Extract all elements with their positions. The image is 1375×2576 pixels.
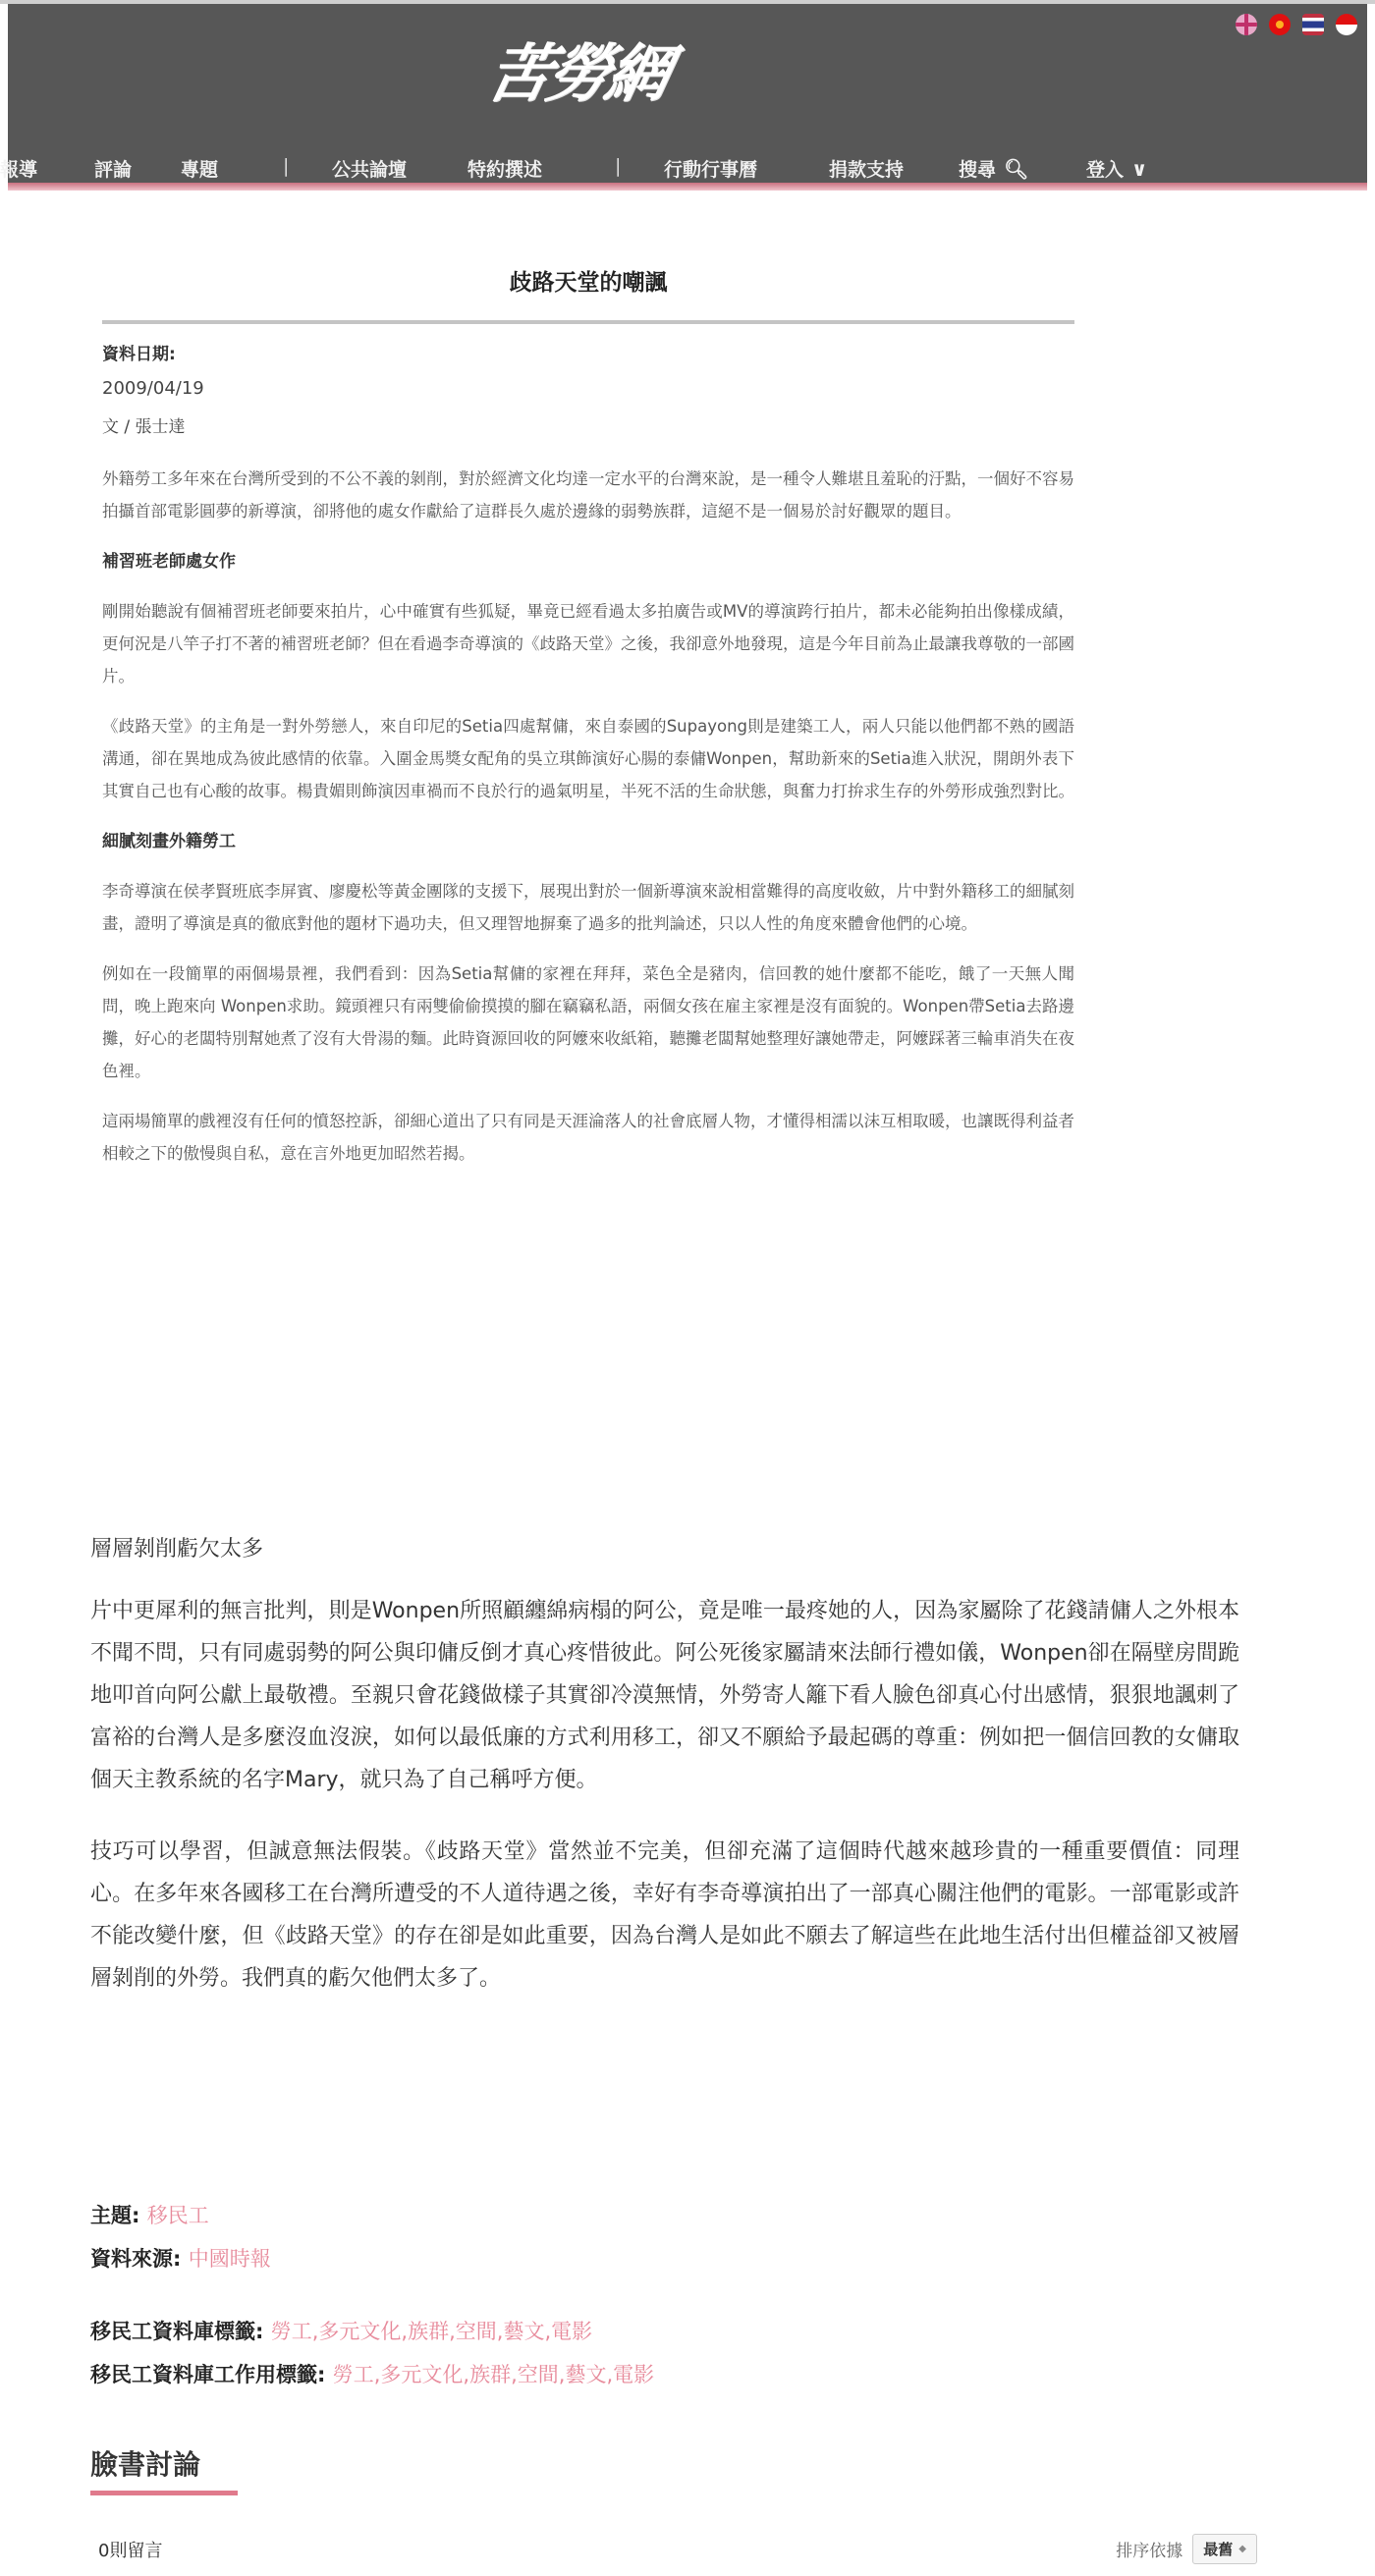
comment-count: 0則留言 — [98, 2537, 162, 2562]
article-paragraph: 外籍勞工多年來在台灣所受到的不公不義的剝削，對於經濟文化均達一定水平的台灣來說，… — [102, 463, 1074, 527]
nav-item-events-calendar[interactable]: 行動行事曆 — [664, 155, 757, 182]
article-paragraph: 剛開始聽說有個補習班老師要來拍片，心中確實有些狐疑，畢竟已經看過太多拍廣告或MV… — [102, 595, 1074, 692]
header-accent-bar — [8, 183, 1367, 191]
comments-toolbar: 0則留言 排序依據 最舊 ◆ — [98, 2534, 1257, 2564]
facebook-discussion: 臉書討論 — [90, 2443, 1239, 2495]
nav-item-topics[interactable]: 專題 — [181, 155, 218, 182]
work-tags-label: 移民工資料庫工作用標籤: — [90, 2363, 325, 2386]
article-paragraph: 例如在一段簡單的兩個場景裡，我們看到：因為Setia幫傭的家裡在拜拜，菜色全是豬… — [102, 958, 1074, 1087]
chevron-down-icon: ∨ — [1131, 157, 1147, 181]
language-switcher — [1236, 14, 1357, 35]
article-date: 2009/04/19 — [102, 378, 1074, 399]
work-tags-row: 移民工資料庫工作用標籤: 勞工,多元文化,族群,空間,藝文,電影 — [90, 2359, 1239, 2388]
site-logo[interactable]: 苦勞網 — [478, 24, 715, 122]
title-divider — [102, 320, 1074, 324]
tag-link[interactable]: 電影 — [613, 2363, 654, 2386]
site-header: 苦勞網 報導 評論 專題 | 公共論壇 特約撰述 | 行動行事曆 捐款支持 搜尋… — [8, 4, 1367, 191]
nav-item-reports[interactable]: 報導 — [0, 155, 37, 182]
sort-control: 排序依據 最舊 ◆ — [1116, 2534, 1257, 2564]
tag-link[interactable]: 藝文 — [503, 2320, 544, 2343]
article-paragraph: 李奇導演在侯孝賢班底李屏賓、廖慶松等黃金團隊的支援下，展現出對於一個新導演來說相… — [102, 875, 1074, 940]
article: 歧路天堂的嘲諷 資料日期: 2009/04/19 文 / 張士達 外籍勞工多年來… — [102, 265, 1074, 1170]
article-paragraph: 技巧可以學習，但誠意無法假裝。《歧路天堂》當然並不完美，但卻充滿了這個時代越來越… — [90, 1831, 1239, 2000]
nav-item-commentary[interactable]: 評論 — [94, 155, 132, 182]
title-underline — [90, 2491, 238, 2495]
topic-row: 主題: 移民工 — [90, 2200, 1239, 2229]
nav-item-donate[interactable]: 捐款支持 — [829, 155, 904, 182]
topic-link[interactable]: 移民工 — [147, 2204, 209, 2227]
tag-link[interactable]: 多元文化 — [318, 2320, 401, 2343]
db-tags-row: 移民工資料庫標籤: 勞工,多元文化,族群,空間,藝文,電影 — [90, 2316, 1239, 2345]
tag-link[interactable]: 多元文化 — [380, 2363, 463, 2386]
topic-label: 主題: — [90, 2204, 139, 2227]
sort-value: 最舊 — [1203, 2539, 1233, 2559]
tag-link[interactable]: 空間 — [456, 2320, 497, 2343]
section-heading: 補習班老師處女作 — [102, 547, 1074, 572]
tag-link[interactable]: 藝文 — [565, 2363, 606, 2386]
article-continued: 層層剝削虧欠太多 片中更犀利的無言批判，則是Wonpen所照顧纏綿病榻的阿公，竟… — [90, 1532, 1239, 2000]
tag-link[interactable]: 勞工 — [271, 2320, 312, 2343]
tag-link[interactable]: 勞工 — [333, 2363, 374, 2386]
indonesia-flag-icon[interactable] — [1336, 14, 1357, 35]
login-label: 登入 — [1086, 159, 1124, 181]
nav-item-contributors[interactable]: 特約撰述 — [467, 155, 542, 182]
sort-label: 排序依據 — [1116, 2537, 1182, 2561]
article-author: 文 / 張士達 — [102, 412, 1074, 437]
section-heading: 細膩刻畫外籍勞工 — [102, 827, 1074, 851]
nav-separator: | — [615, 155, 621, 177]
db-tags-label: 移民工資料庫標籤: — [90, 2320, 263, 2343]
tag-link[interactable]: 族群 — [469, 2363, 511, 2386]
sort-dropdown[interactable]: 最舊 ◆ — [1192, 2534, 1257, 2564]
facebook-discussion-title: 臉書討論 — [90, 2443, 1239, 2483]
dropdown-caret-icon: ◆ — [1238, 2544, 1246, 2554]
source-label: 資料來源: — [90, 2247, 181, 2271]
article-paragraph: 片中更犀利的無言批判，則是Wonpen所照顧纏綿病榻的阿公，竟是唯一最疼她的人，… — [90, 1590, 1239, 1801]
tag-link[interactable]: 族群 — [408, 2320, 449, 2343]
tag-link[interactable]: 電影 — [551, 2320, 592, 2343]
nav-item-public-forum[interactable]: 公共論壇 — [332, 155, 407, 182]
search-label: 搜尋 — [959, 159, 996, 181]
source-link[interactable]: 中國時報 — [189, 2247, 271, 2271]
article-title: 歧路天堂的嘲諷 — [102, 265, 1074, 301]
search-icon: 🔍︎ — [1004, 157, 1028, 181]
section-heading: 層層剝削虧欠太多 — [90, 1532, 1239, 1562]
source-row: 資料來源: 中國時報 — [90, 2243, 1239, 2273]
article-paragraph: 這兩場簡單的戲裡沒有任何的憤怒控訴，卻細心道出了只有同是天涯淪落人的社會底層人物… — [102, 1105, 1074, 1170]
vietnam-flag-icon[interactable] — [1269, 14, 1291, 35]
thailand-flag-icon[interactable] — [1302, 14, 1324, 35]
article-metadata: 主題: 移民工 資料來源: 中國時報 移民工資料庫標籤: 勞工,多元文化,族群,… — [90, 2200, 1239, 2388]
date-label: 資料日期: — [102, 340, 1074, 364]
uk-flag-icon[interactable] — [1236, 14, 1257, 35]
tag-link[interactable]: 空間 — [518, 2363, 559, 2386]
nav-item-login[interactable]: 登入∨ — [1086, 155, 1147, 182]
nav-item-search[interactable]: 搜尋🔍︎ — [959, 155, 1028, 182]
article-paragraph: 《歧路天堂》的主角是一對外勞戀人，來自印尼的Setia四處幫傭，來自泰國的Sup… — [102, 710, 1074, 807]
nav-separator: | — [283, 155, 289, 177]
